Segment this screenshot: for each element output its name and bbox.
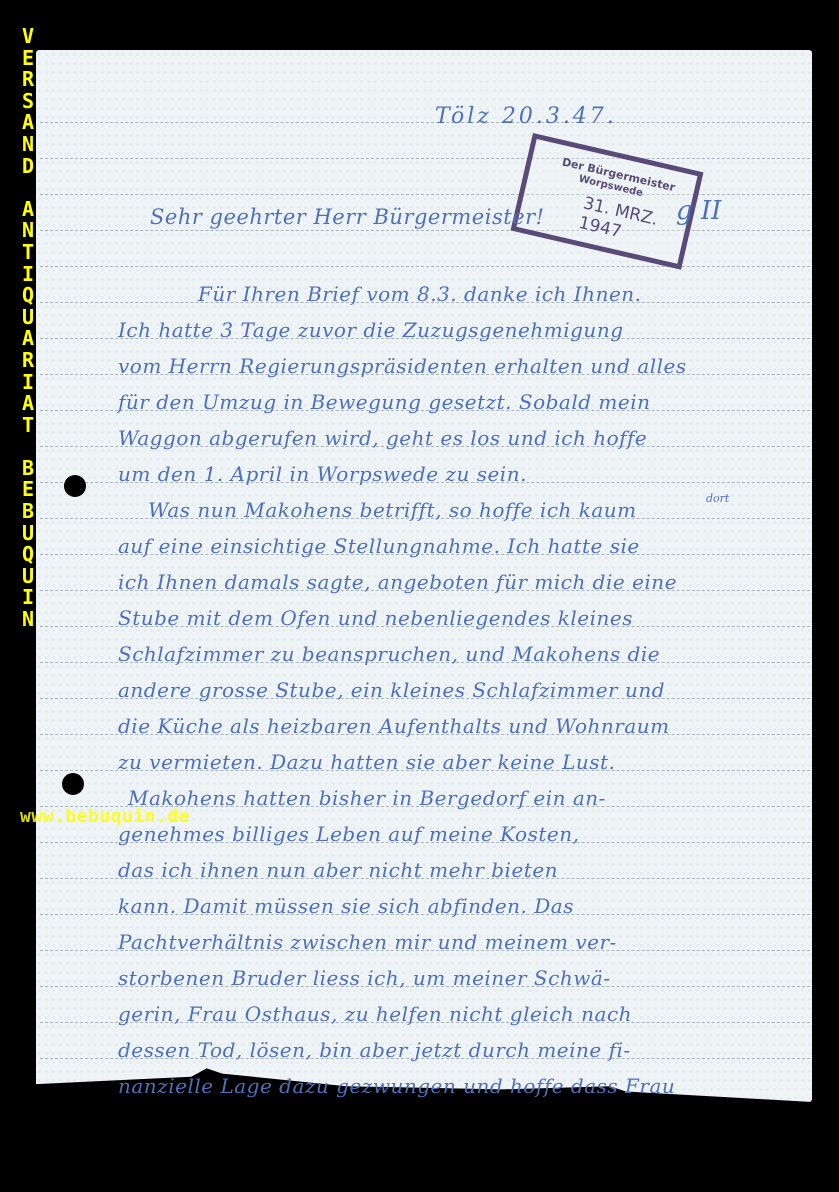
sidebar-letter: E: [22, 479, 34, 501]
sidebar-letter: N: [22, 134, 34, 156]
letter-line: nanzielle Lage dazu gezwungen und hoffe …: [118, 1074, 675, 1098]
letter-line: um den 1. April in Worpswede zu sein.: [118, 462, 527, 486]
sidebar-letter: D: [22, 156, 34, 178]
sidebar-letter: R: [22, 350, 34, 372]
sidebar-letter: N: [22, 220, 34, 242]
letter-line: Waggon abgerufen wird, geht es los und i…: [118, 426, 647, 450]
sidebar-letter: U: [22, 523, 34, 545]
sidebar-letter: I: [22, 587, 34, 609]
ruled-line: [40, 158, 810, 159]
sidebar-letter: I: [22, 264, 34, 286]
sidebar-letter: U: [22, 566, 34, 588]
ruled-line: [40, 230, 810, 231]
sidebar-letter: T: [22, 242, 34, 264]
sidebar-letter: A: [22, 328, 34, 350]
sidebar-letter: T: [22, 415, 34, 437]
vendor-vertical-label: VERSANDANTIQUARIATBEBUQUIN: [17, 26, 39, 631]
letter-line: Schlafzimmer zu beanspruchen, und Makohe…: [118, 642, 660, 666]
letter-line: auf eine einsichtige Stellungnahme. Ich …: [118, 534, 640, 558]
stamp-date: 31. MRZ. 1947: [577, 193, 688, 256]
handwritten-initials: g II: [676, 196, 721, 226]
letter-line: Ich hatte 3 Tage zuvor die Zuzugsgenehmi…: [118, 318, 624, 342]
inserted-word: dort: [706, 492, 729, 505]
letter-date: Tölz 20.3.47.: [435, 104, 617, 129]
sidebar-letter: A: [22, 199, 34, 221]
letter-line: dessen Tod, lösen, bin aber jetzt durch …: [118, 1038, 631, 1062]
letter-line: andere grosse Stube, ein kleines Schlafz…: [118, 678, 665, 702]
sidebar-letter: E: [22, 48, 34, 70]
letter-line: das ich ihnen nun aber nicht mehr bieten: [118, 858, 558, 882]
letter-line: zu vermieten. Dazu hatten sie aber keine…: [118, 750, 615, 774]
letter-salutation: Sehr geehrter Herr Bürgermeister!: [150, 205, 545, 229]
letter-line: ich Ihnen damals sagte, angeboten für mi…: [118, 570, 677, 594]
sidebar-letter: Q: [22, 285, 34, 307]
punch-hole-upper: [64, 475, 86, 497]
letter-line: für den Umzug in Bewegung gesetzt. Sobal…: [118, 390, 651, 414]
sidebar-letter: S: [22, 91, 34, 113]
letter-line: die Küche als heizbaren Aufenthalts und …: [118, 714, 670, 738]
punch-hole-lower: [62, 773, 84, 795]
sidebar-letter: U: [22, 307, 34, 329]
sidebar-letter: B: [22, 501, 34, 523]
ruled-line: [40, 122, 810, 123]
letter-line: gerin, Frau Osthaus, zu helfen nicht gle…: [118, 1002, 632, 1026]
letter-line: kann. Damit müssen sie sich abfinden. Da…: [118, 894, 574, 918]
ruled-line: [40, 266, 810, 267]
sidebar-letter: B: [22, 458, 34, 480]
sidebar-letter: I: [22, 372, 34, 394]
letter-line: vom Herrn Regierungspräsidenten erhalten…: [118, 354, 687, 378]
letter-line: storbenen Bruder liess ich, um meiner Sc…: [118, 966, 611, 990]
sidebar-letter: Q: [22, 544, 34, 566]
letter-line: Pachtverhältnis zwischen mir und meinem …: [118, 930, 617, 954]
letter-line: Für Ihren Brief vom 8.3. danke ich Ihnen…: [198, 282, 642, 306]
sidebar-letter: V: [22, 26, 34, 48]
letter-line: Makohens hatten bisher in Bergedorf ein …: [128, 786, 606, 810]
letter-line: Stube mit dem Ofen und nebenliegendes kl…: [118, 606, 633, 630]
sidebar-letter: A: [22, 112, 34, 134]
sidebar-letter: A: [22, 393, 34, 415]
sidebar-letter: R: [22, 69, 34, 91]
sidebar-letter: N: [22, 609, 34, 631]
watermark-url: www.bebuquin.de: [20, 806, 190, 827]
letter-line: Was nun Makohens betrifft, so hoffe ich …: [148, 498, 637, 522]
